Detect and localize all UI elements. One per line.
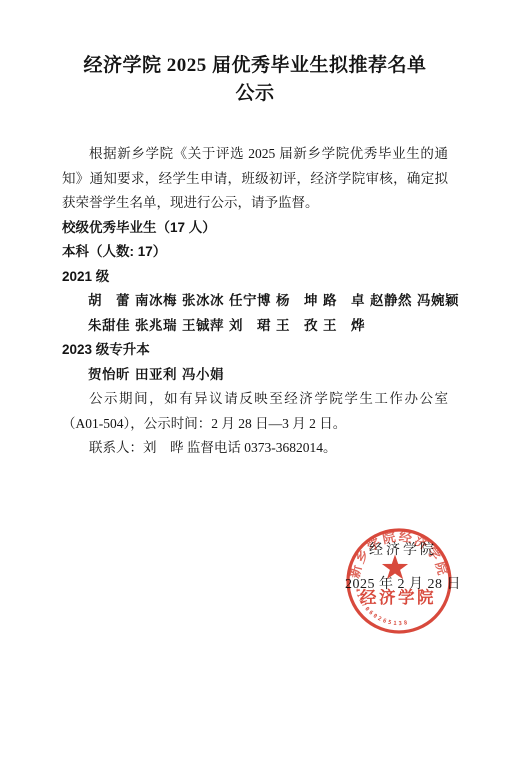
- grade-2023-heading: 2023 级专升本: [62, 338, 448, 363]
- signature-date: 2025 年 2 月 28 日: [340, 573, 466, 593]
- grade-2021-names-row-2: 朱甜佳张兆瑞王铖萍刘 珺王 孜王 烨: [62, 314, 448, 339]
- contact-line: 联系人：刘 晔 监督电话 0373-3682014。: [62, 436, 448, 461]
- title-line-1: 经济学院 2025 届优秀毕业生拟推荐名单: [62, 52, 448, 80]
- student-name: 冯婉颖: [417, 289, 459, 314]
- student-name: 南冰梅: [135, 289, 177, 314]
- student-name: 王 孜: [276, 314, 318, 339]
- student-name: 赵静然: [370, 289, 412, 314]
- grade-2021-heading: 2021 级: [62, 265, 448, 290]
- signature-block: 经济学院 2025 年 2 月 28 日: [340, 539, 466, 593]
- student-name: 田亚利: [135, 363, 177, 388]
- grade-2021-names-row-1: 胡 蕾南冰梅张冰冰任宁博杨 坤路 卓赵静然冯婉颖: [62, 289, 448, 314]
- student-name: 胡 蕾: [88, 289, 130, 314]
- title-line-2: 公示: [62, 80, 448, 108]
- grade-2023-names-row: 贺怡昕田亚利冯小娟: [62, 363, 448, 388]
- student-name: 张兆瑞: [135, 314, 177, 339]
- intro-paragraph: 根据新乡学院《关于评选 2025 届新乡学院优秀毕业生的通知》通知要求，经学生申…: [62, 142, 448, 216]
- stamp-serial-code: 4107060265138: [354, 588, 410, 627]
- student-name: 刘 珺: [229, 314, 271, 339]
- student-name: 王铖萍: [182, 314, 224, 339]
- document-page: 经济学院 2025 届优秀毕业生拟推荐名单 公示 根据新乡学院《关于评选 202…: [0, 0, 508, 768]
- student-name: 杨 坤: [276, 289, 318, 314]
- student-name: 路 卓: [323, 289, 365, 314]
- signature-department: 经济学院: [340, 539, 466, 559]
- student-name: 朱甜佳: [88, 314, 130, 339]
- notice-paragraph: 公示期间，如有异议请反映至经济学院学生工作办公室（A01-504），公示时间：2…: [62, 387, 448, 436]
- student-name: 贺怡昕: [88, 363, 130, 388]
- school-level-heading: 校级优秀毕业生（17 人）: [62, 216, 448, 241]
- student-name: 冯小娟: [182, 363, 224, 388]
- undergraduate-heading: 本科（人数: 17）: [62, 240, 448, 265]
- student-name: 张冰冰: [182, 289, 224, 314]
- document-title: 经济学院 2025 届优秀毕业生拟推荐名单 公示: [62, 52, 448, 108]
- student-name: 任宁博: [229, 289, 271, 314]
- document-content: 经济学院 2025 届优秀毕业生拟推荐名单 公示 根据新乡学院《关于评选 202…: [62, 52, 448, 461]
- student-name: 王 烨: [323, 314, 365, 339]
